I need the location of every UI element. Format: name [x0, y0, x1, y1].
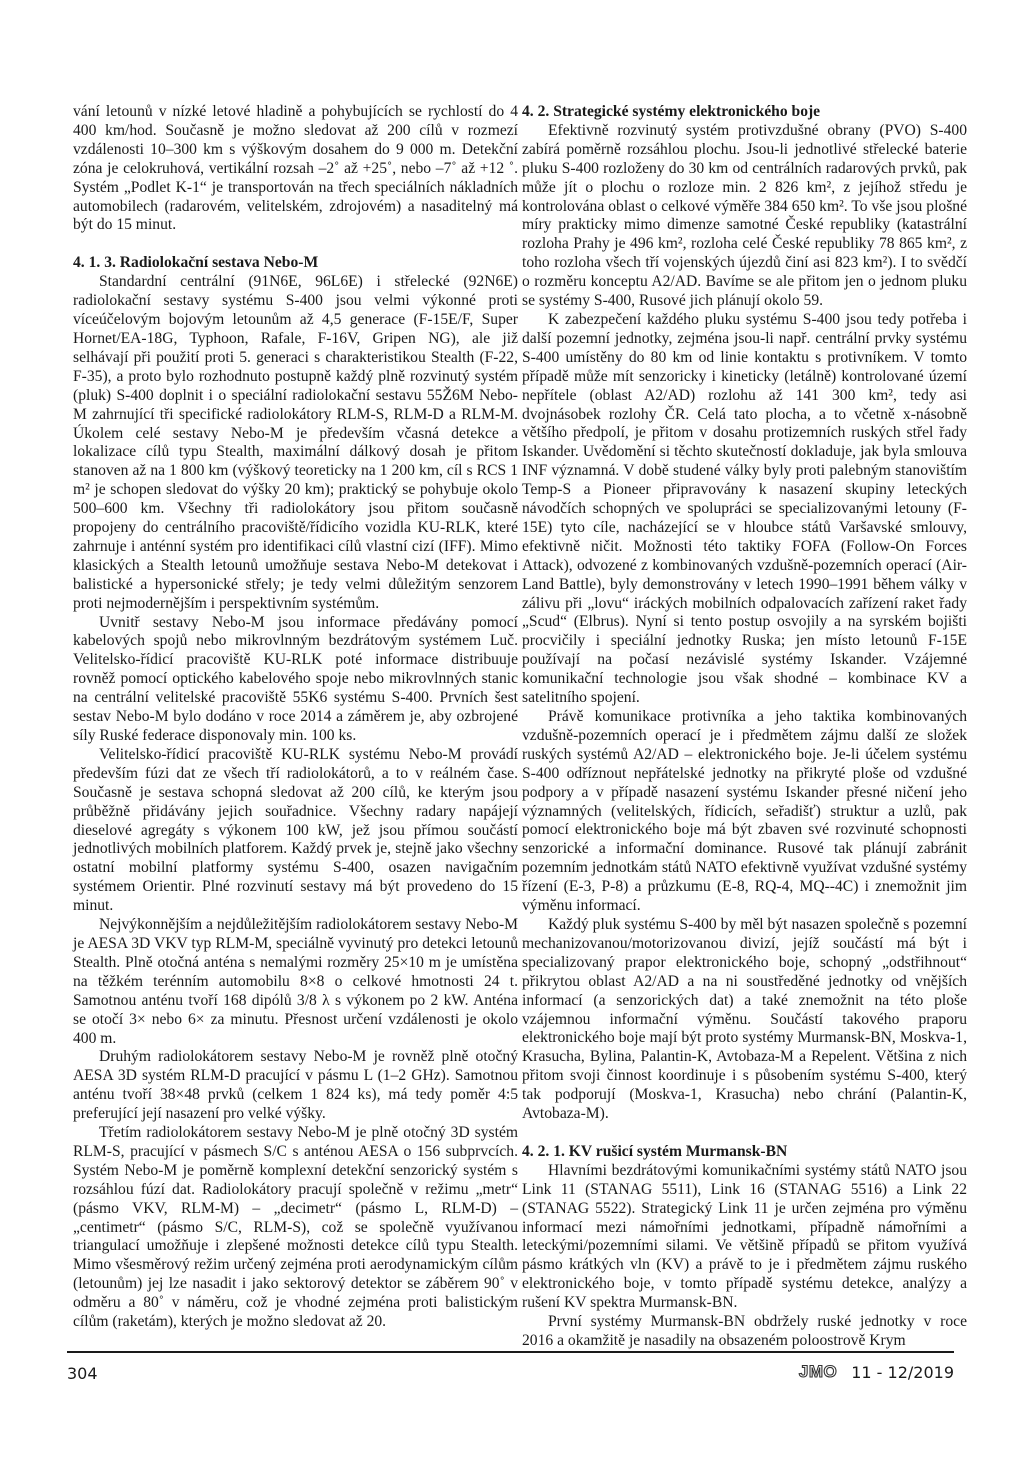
paragraph: Třetím radiolokátorem sestavy Nebo-M je … [73, 1124, 518, 1332]
subsection-heading: 4. 2. 1. KV rušicí systém Murmansk-BN [522, 1143, 967, 1162]
paragraph: vání letounů v nízké letové hladině a po… [73, 103, 518, 235]
paragraph: Právě komunikace protivníka a jeho takti… [522, 708, 967, 916]
spacer [522, 1124, 967, 1143]
paragraph: K zabezpečení každého pluku systému S-40… [522, 311, 967, 708]
paragraph: Každý pluk systému S-400 by měl být nasa… [522, 916, 967, 1124]
spacer [73, 235, 518, 254]
paragraph: Uvnitř sestavy Nebo-M jsou informace pře… [73, 614, 518, 746]
section-heading: 4. 2. Strategické systémy elektronického… [522, 103, 967, 122]
paragraph: Efektivně rozvinutý systém protivzdušné … [522, 122, 967, 311]
paragraph: Hlavními bezdrátovými komunikačními syst… [522, 1162, 967, 1313]
paragraph: Velitelsko-řídicí pracoviště KU-RLK syst… [73, 746, 518, 916]
page-number: 304 [67, 1364, 98, 1383]
paragraph: Standardní centrální (91N6E, 96L6E) i st… [73, 273, 518, 613]
document-page: vání letounů v nízké letové hladině a po… [0, 0, 1024, 1463]
left-column: vání letounů v nízké letové hladině a po… [73, 103, 518, 1332]
section-heading: 4. 1. 3. Radiolokační sestava Nebo-M [73, 254, 518, 273]
right-column: 4. 2. Strategické systémy elektronického… [522, 103, 967, 1351]
footer-journal-info: JMO 11 - 12/2019 [799, 1362, 954, 1382]
paragraph: Druhým radiolokátorem sestavy Nebo-M je … [73, 1048, 518, 1124]
paragraph: První systémy Murmansk-BN obdržely ruské… [522, 1313, 967, 1351]
issue-label: 11 - 12/2019 [851, 1363, 954, 1382]
paragraph: Nejvýkonnějším a nejdůležitějším radiolo… [73, 916, 518, 1048]
footer-divider [67, 1351, 954, 1353]
journal-logo-icon: JMO [799, 1362, 837, 1382]
